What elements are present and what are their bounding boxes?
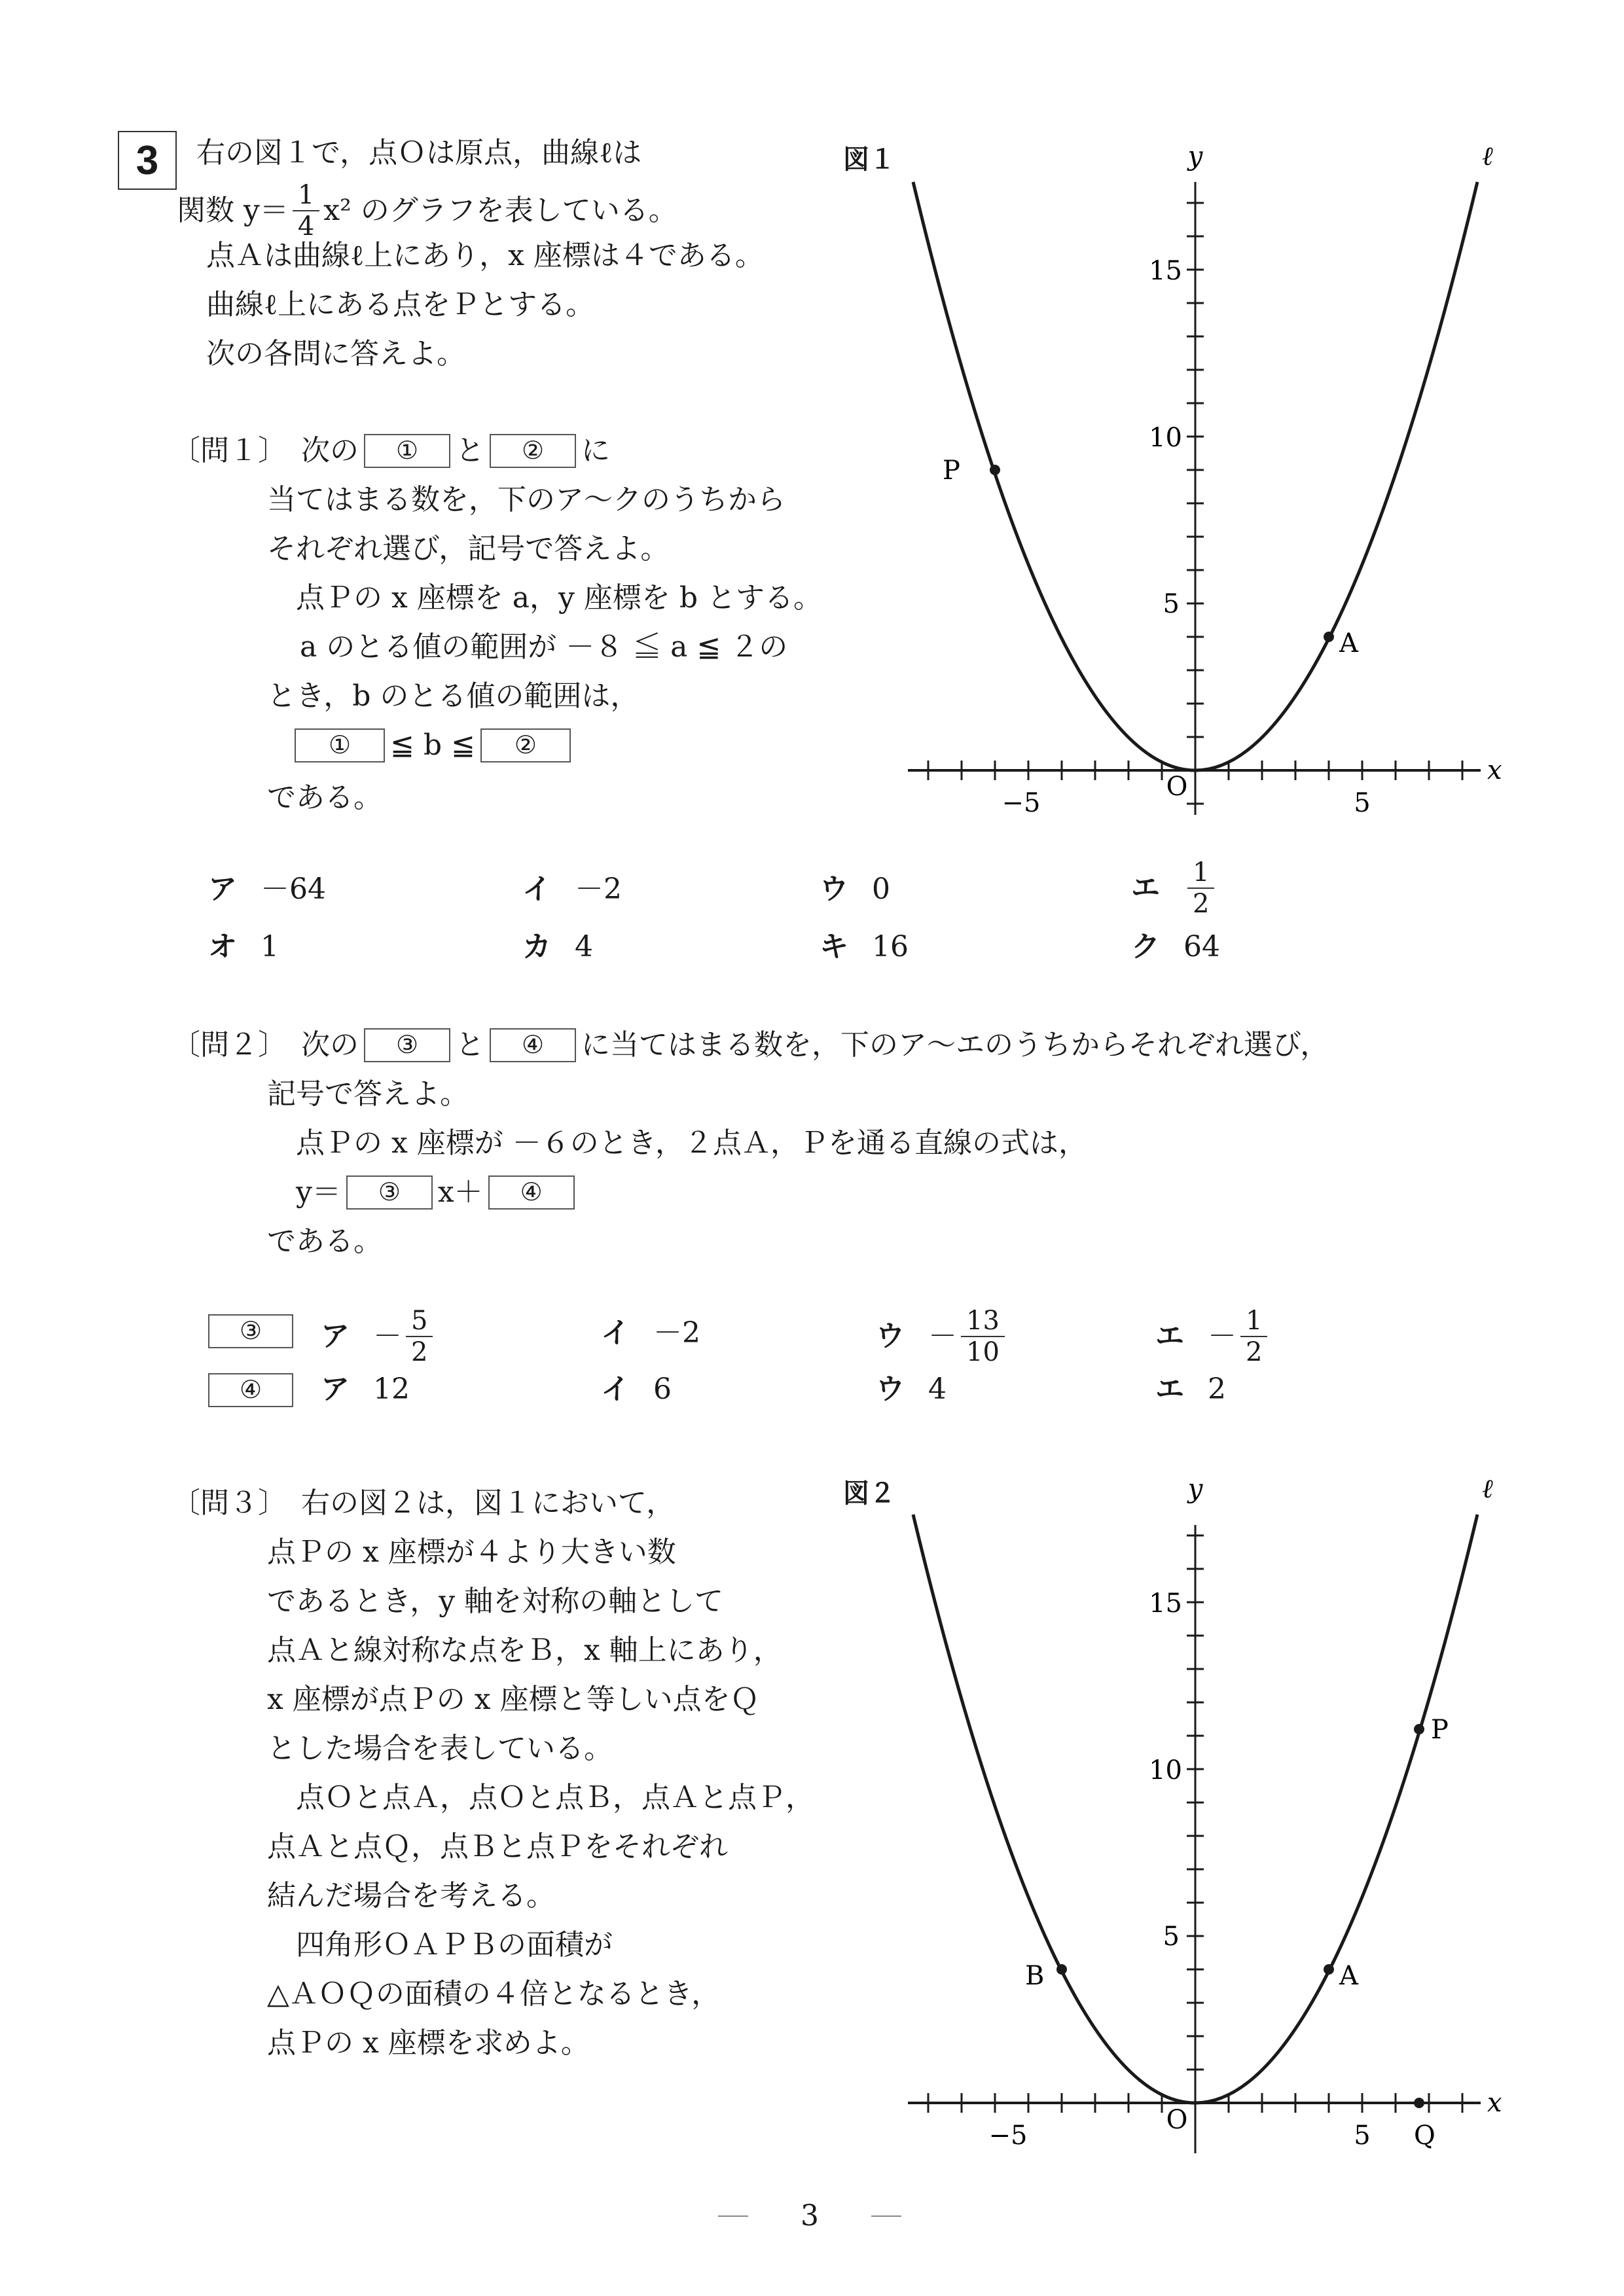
question-number-box: 3 bbox=[118, 131, 177, 190]
intro-line-4: 曲線ℓ上にある点をＰとする。 bbox=[206, 286, 594, 324]
q1-label: 〔問１〕 bbox=[171, 432, 287, 470]
option-value: 64 bbox=[1183, 928, 1220, 966]
intro-line-1: 右の図１で，点Ｏは原点，曲線ℓは bbox=[196, 134, 641, 172]
q2-option4-e: エ2 bbox=[1155, 1371, 1226, 1408]
q2-equation: y＝ ③ x＋ ④ bbox=[296, 1174, 580, 1211]
option-key: カ bbox=[522, 928, 575, 966]
q1-option-ka: カ4 bbox=[522, 928, 593, 966]
fraction-numerator: 1 bbox=[293, 180, 319, 211]
option-key: オ bbox=[208, 928, 261, 966]
equation-mid: x＋ bbox=[438, 1174, 483, 1211]
option-value: －64 bbox=[261, 870, 326, 908]
q1-line-5: a のとる値の範囲が －８ ≦ a ≦ ２の bbox=[300, 628, 787, 666]
q1-line-8: である。 bbox=[267, 779, 382, 817]
q1-line-6: とき，b のとる値の範囲は， bbox=[267, 677, 639, 715]
option-key: ク bbox=[1131, 928, 1183, 966]
blank-3-label: ③ bbox=[208, 1314, 293, 1348]
option-fraction: 52 bbox=[406, 1306, 433, 1367]
option-value: 6 bbox=[653, 1371, 672, 1408]
q2-line-2: 記号で答えよ。 bbox=[267, 1075, 469, 1113]
q2-line-5: である。 bbox=[267, 1223, 382, 1261]
blank-3: ③ bbox=[364, 1028, 450, 1062]
origin-label: O bbox=[1166, 772, 1188, 802]
point-a bbox=[1324, 1964, 1334, 1975]
q3-line-2: 点Ｐの x 座標が４より大きい数 bbox=[267, 1534, 676, 1571]
option-value: 1 bbox=[261, 928, 279, 966]
q2-option3-u: ウ－1310 bbox=[876, 1306, 1009, 1367]
q1-line-3: それぞれ選び，記号で答えよ。 bbox=[267, 530, 669, 568]
option-value: 4 bbox=[575, 928, 593, 966]
blank-4: ④ bbox=[490, 1028, 576, 1062]
figure-2-graph: y ℓ x O −5 5 5 10 15 P A B Q bbox=[838, 1460, 1519, 2179]
q2-option3-i: イ－2 bbox=[601, 1314, 700, 1352]
y-tick-label-5: 5 bbox=[1163, 589, 1180, 619]
q2-option3-a: ア－52 bbox=[321, 1306, 437, 1367]
question-number: 3 bbox=[136, 137, 158, 184]
point-q bbox=[1414, 2098, 1424, 2108]
curve-label: ℓ bbox=[1482, 1474, 1493, 1504]
y-axis-label: y bbox=[1187, 1474, 1204, 1504]
q3-line-11: △ＡＯＱの面積の４倍となるとき， bbox=[267, 1975, 720, 2013]
inequality-text: ≦ b ≦ bbox=[390, 726, 475, 764]
option-key: ア bbox=[208, 870, 261, 908]
y-tick-label-5: 5 bbox=[1163, 1922, 1180, 1952]
option-key: ア bbox=[321, 1371, 373, 1408]
intro-fraction: 1 4 bbox=[293, 180, 319, 242]
q1-option-u: ウ0 bbox=[820, 870, 890, 908]
y-tick-label-10: 10 bbox=[1149, 1755, 1182, 1785]
x-tick-label-neg5: −5 bbox=[989, 2121, 1028, 2151]
q3-line-8: 点Ａと点Ｑ，点Ｂと点Ｐをそれぞれ bbox=[267, 1828, 728, 1866]
curve-label: ℓ bbox=[1482, 141, 1493, 171]
q1-inequality: ① ≦ b ≦ ② bbox=[295, 726, 576, 764]
q3-line-3: であるとき，y 軸を対称の軸として bbox=[267, 1583, 723, 1621]
option-key: イ bbox=[522, 870, 575, 908]
blank-1-answer: ① bbox=[295, 728, 385, 762]
point-p-label: P bbox=[1431, 1715, 1449, 1745]
option-key: エ bbox=[1155, 1318, 1208, 1355]
q1-suffix: に bbox=[581, 432, 610, 470]
q2-options-4-label: ④ bbox=[208, 1373, 293, 1407]
x-tick-label-5: 5 bbox=[1354, 788, 1370, 818]
option-fraction: 12 bbox=[1240, 1306, 1267, 1367]
q1-option-o: オ1 bbox=[208, 928, 279, 966]
q1-option-e: エ 12 bbox=[1131, 857, 1218, 919]
q2-text: 次の bbox=[301, 1026, 359, 1064]
option-key: エ bbox=[1155, 1371, 1208, 1408]
q3-line-12: 点Ｐの x 座標を求めよ。 bbox=[267, 2024, 590, 2062]
q3-line-4: 点Ａと線対称な点をＢ，x 軸上にあり， bbox=[267, 1632, 782, 1670]
footer-dash-right bbox=[871, 2215, 901, 2217]
blank-1: ① bbox=[364, 434, 450, 468]
option-key: イ bbox=[601, 1314, 653, 1352]
q1-option-ki: キ16 bbox=[820, 928, 909, 966]
q2-label: 〔問２〕 bbox=[171, 1026, 287, 1064]
option-value: 16 bbox=[872, 928, 909, 966]
x-tick-label-neg5: −5 bbox=[1002, 788, 1041, 818]
blank-4-equation: ④ bbox=[488, 1175, 575, 1210]
q2-suffix: に当てはまる数を，下のア～エのうちからそれぞれ選び， bbox=[581, 1026, 1329, 1064]
y-tick-label-15: 15 bbox=[1149, 1588, 1182, 1619]
q1-and: と bbox=[456, 432, 484, 470]
page-footer: 3 bbox=[718, 2199, 901, 2233]
q3-line-10: 四角形ＯＡＰＢの面積が bbox=[296, 1926, 613, 1964]
intro-line-5: 次の各問に答えよ。 bbox=[206, 335, 465, 373]
footer-dash-left bbox=[718, 2215, 748, 2217]
option-sign: － bbox=[1208, 1318, 1236, 1355]
q3-line-7: 点Ｏと点Ａ，点Ｏと点Ｂ，点Ａと点Ｐ， bbox=[296, 1779, 814, 1817]
page-number: 3 bbox=[801, 2199, 819, 2233]
x-tick-label-5: 5 bbox=[1354, 2121, 1370, 2151]
fraction-numerator: 1 bbox=[1240, 1306, 1267, 1337]
y-axis-label: y bbox=[1187, 141, 1204, 171]
point-p bbox=[990, 465, 1000, 475]
q1-option-ku: ク64 bbox=[1131, 928, 1220, 966]
q1-option-i: イ－2 bbox=[522, 870, 622, 908]
x-axis-label: x bbox=[1487, 2088, 1502, 2118]
q2-and: と bbox=[456, 1026, 484, 1064]
point-b bbox=[1056, 1964, 1067, 1975]
q2-option4-a: ア12 bbox=[321, 1371, 410, 1408]
point-p-label: P bbox=[943, 456, 960, 486]
option-key: イ bbox=[601, 1371, 653, 1408]
option-value: 2 bbox=[1208, 1371, 1226, 1408]
option-key: ウ bbox=[876, 1371, 928, 1408]
option-sign: － bbox=[928, 1318, 957, 1355]
q2-option4-i: イ6 bbox=[601, 1371, 672, 1408]
q3-line-1: 〔問３〕右の図２は，図１において， bbox=[171, 1484, 675, 1522]
figure-1-graph: y ℓ x O −5 5 5 10 15 P A bbox=[838, 131, 1519, 851]
y-tick-label-10: 10 bbox=[1149, 423, 1182, 453]
point-a-label: A bbox=[1339, 628, 1359, 658]
option-key: ウ bbox=[820, 870, 872, 908]
fraction-denominator: 10 bbox=[966, 1337, 1000, 1367]
point-p bbox=[1414, 1724, 1424, 1734]
option-value: 4 bbox=[928, 1371, 947, 1408]
q3-label: 〔問３〕 bbox=[171, 1486, 287, 1520]
option-value: 12 bbox=[373, 1371, 410, 1408]
option-key: ア bbox=[321, 1318, 373, 1355]
q2-line-3: 点Ｐの x 座標が －６のとき，２点Ａ，Ｐを通る直線の式は， bbox=[296, 1124, 1087, 1162]
y-tick-label-15: 15 bbox=[1149, 256, 1182, 286]
x-axis-label: x bbox=[1487, 755, 1502, 785]
option-value: 0 bbox=[872, 870, 890, 908]
point-b-label: B bbox=[1025, 1961, 1044, 1991]
fraction-numerator: 1 bbox=[1187, 857, 1214, 889]
q1-line-1: 〔問１〕 次の ① と ② に bbox=[171, 432, 610, 470]
origin-label: O bbox=[1166, 2105, 1188, 2135]
point-a-label: A bbox=[1339, 1961, 1359, 1991]
blank-2: ② bbox=[490, 434, 576, 468]
option-fraction: 12 bbox=[1187, 857, 1214, 919]
q3-line-5: x 座標が点Ｐの x 座標と等しい点をＱ bbox=[267, 1681, 759, 1719]
blank-2-answer: ② bbox=[480, 728, 571, 762]
option-key: ウ bbox=[876, 1318, 928, 1355]
q2-line-1: 〔問２〕 次の ③ と ④ に当てはまる数を，下のア～エのうちからそれぞれ選び， bbox=[171, 1026, 1329, 1064]
intro-line-3: 点Ａは曲線ℓ上にあり，x 座標は４である。 bbox=[206, 237, 764, 275]
q1-line-2: 当てはまる数を，下のア～クのうちから bbox=[267, 481, 785, 519]
equation-prefix: y＝ bbox=[296, 1174, 341, 1211]
intro-line-2-suffix: x² のグラフを表している。 bbox=[323, 192, 677, 230]
q1-line-4: 点Ｐの x 座標を a，y 座標を b とする。 bbox=[296, 579, 822, 617]
q3-line-9: 結んだ場合を考える。 bbox=[267, 1877, 555, 1915]
intro-line-2: 関数 y＝ 1 4 x² のグラフを表している。 bbox=[177, 180, 677, 242]
q2-option4-u: ウ4 bbox=[876, 1371, 947, 1408]
q2-options-3-label: ③ bbox=[208, 1314, 293, 1348]
intro-line-2-prefix: 関数 y＝ bbox=[177, 192, 289, 230]
blank-4-label: ④ bbox=[208, 1373, 293, 1407]
q1-text: 次の bbox=[301, 432, 359, 470]
q3-line-6: とした場合を表している。 bbox=[267, 1730, 613, 1768]
option-key: キ bbox=[820, 928, 872, 966]
q3-text-1: 右の図２は，図１において， bbox=[301, 1486, 675, 1520]
option-sign: － bbox=[373, 1318, 402, 1355]
option-fraction: 1310 bbox=[961, 1306, 1005, 1367]
fraction-denominator: 2 bbox=[411, 1337, 427, 1367]
fraction-denominator: 2 bbox=[1193, 889, 1209, 919]
option-value: －2 bbox=[575, 870, 622, 908]
option-value: －2 bbox=[653, 1314, 700, 1352]
point-q-label: Q bbox=[1414, 2121, 1435, 2151]
option-key: エ bbox=[1131, 869, 1183, 907]
q1-option-a: ア－64 bbox=[208, 870, 326, 908]
q2-option3-e: エ－12 bbox=[1155, 1306, 1271, 1367]
fraction-denominator: 2 bbox=[1246, 1337, 1262, 1367]
point-a bbox=[1324, 632, 1334, 642]
fraction-numerator: 13 bbox=[961, 1306, 1005, 1337]
fraction-numerator: 5 bbox=[406, 1306, 433, 1337]
blank-3-equation: ③ bbox=[346, 1175, 433, 1210]
